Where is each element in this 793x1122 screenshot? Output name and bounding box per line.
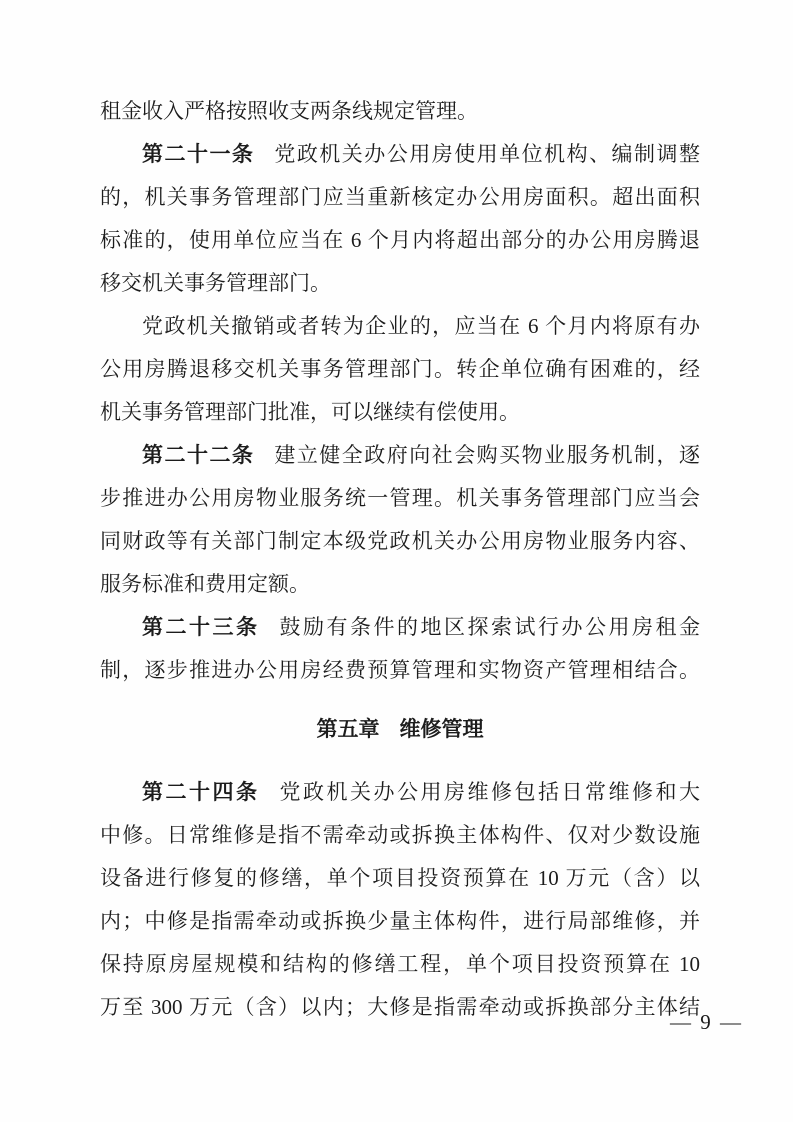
page-number: — 9 — <box>670 1010 743 1034</box>
body-text: 标准的，使用单位应当在 6 个月内将超出部分的办公用房腾退 <box>100 228 700 252</box>
body-text: 内；中修是指需牵动或拆换少量主体构件，进行局部维修，并 <box>100 909 700 933</box>
paragraph-continuation: 租金收入严格按照收支两条线规定管理。 <box>100 90 700 133</box>
body-line: 内；中修是指需牵动或拆换少量主体构件，进行局部维修，并 <box>100 900 700 943</box>
paragraph-end: 机关事务管理部门批准，可以继续有偿使用。 <box>100 391 700 434</box>
document-lines: 租金收入严格按照收支两条线规定管理。第二十一条党政机关办公用房使用单位机构、编制… <box>100 90 700 1029</box>
body-text: 建立健全政府向社会购买物业服务机制，逐 <box>274 443 700 467</box>
emphasis-text: 第二十一条 <box>142 143 254 166</box>
body-text: 保持原房屋规模和结构的修缮工程，单个项目投资预算在 10 <box>100 952 700 976</box>
body-line: 万至 300 万元（含）以内；大修是指需牵动或拆换部分主体结 <box>100 986 700 1029</box>
body-text: 党政机关办公用房维修包括日常维修和大 <box>279 780 700 804</box>
paragraph-end: 制，逐步推进办公用房经费预算管理和实物资产管理相结合。 <box>100 649 700 692</box>
paragraph-end: 移交机关事务管理部门。 <box>100 262 700 305</box>
body-text: 步推进办公用房物业服务统一管理。机关事务管理部门应当会 <box>100 486 700 510</box>
emphasis-text: 第二十四条 <box>142 781 260 804</box>
article-start: 第二十一条党政机关办公用房使用单位机构、编制调整 <box>100 133 700 176</box>
body-text: 党政机关撤销或者转为企业的，应当在 6 个月内将原有办 <box>142 314 700 338</box>
body-line: 保持原房屋规模和结构的修缮工程，单个项目投资预算在 10 <box>100 943 700 986</box>
scanned-document-page: 租金收入严格按照收支两条线规定管理。第二十一条党政机关办公用房使用单位机构、编制… <box>0 0 793 1122</box>
body-text: 移交机关事务管理部门。 <box>100 271 331 295</box>
emphasis-text: 第二十二条 <box>142 444 254 467</box>
paragraph-end: 服务标准和费用定额。 <box>100 563 700 606</box>
body-line: 的，机关事务管理部门应当重新核定办公用房面积。超出面积 <box>100 176 700 219</box>
body-text: 中修。日常维修是指不需牵动或拆换主体构件、仅对少数设施 <box>100 823 700 847</box>
body-text: 设备进行修复的修缮，单个项目投资预算在 10 万元（含）以 <box>100 866 700 890</box>
body-text: 租金收入严格按照收支两条线规定管理。 <box>100 99 478 123</box>
article-start: 第二十四条党政机关办公用房维修包括日常维修和大 <box>100 771 700 814</box>
chapter-heading: 第五章维修管理 <box>100 708 700 751</box>
body-text: 制，逐步推进办公用房经费预算管理和实物资产管理相结合。 <box>100 658 700 682</box>
body-text: 同财政等有关部门制定本级党政机关办公用房物业服务内容、 <box>100 529 700 553</box>
body-line: 同财政等有关部门制定本级党政机关办公用房物业服务内容、 <box>100 520 700 563</box>
article-start: 第二十二条建立健全政府向社会购买物业服务机制，逐 <box>100 434 700 477</box>
body-text: 服务标准和费用定额。 <box>100 572 310 596</box>
article-start: 第二十三条鼓励有条件的地区探索试行办公用房租金 <box>100 606 700 649</box>
body-text: 公用房腾退移交机关事务管理部门。转企单位确有困难的，经 <box>100 357 700 381</box>
body-text: 万至 300 万元（含）以内；大修是指需牵动或拆换部分主体结 <box>100 995 700 1019</box>
body-text: 鼓励有条件的地区探索试行办公用房租金 <box>279 615 700 639</box>
body-line: 步推进办公用房物业服务统一管理。机关事务管理部门应当会 <box>100 477 700 520</box>
paragraph-start: 党政机关撤销或者转为企业的，应当在 6 个月内将原有办 <box>100 305 700 348</box>
body-line: 中修。日常维修是指不需牵动或拆换主体构件、仅对少数设施 <box>100 814 700 857</box>
emphasis-text: 第二十三条 <box>142 616 260 639</box>
body-text: 的，机关事务管理部门应当重新核定办公用房面积。超出面积 <box>100 185 700 209</box>
emphasis-text: 第五章 <box>317 718 380 741</box>
body-text: 党政机关办公用房使用单位机构、编制调整 <box>274 142 700 166</box>
body-line: 公用房腾退移交机关事务管理部门。转企单位确有困难的，经 <box>100 348 700 391</box>
body-line: 设备进行修复的修缮，单个项目投资预算在 10 万元（含）以 <box>100 857 700 900</box>
body-line: 标准的，使用单位应当在 6 个月内将超出部分的办公用房腾退 <box>100 219 700 262</box>
emphasis-text: 维修管理 <box>399 718 483 741</box>
body-text: 机关事务管理部门批准，可以继续有偿使用。 <box>100 400 520 424</box>
